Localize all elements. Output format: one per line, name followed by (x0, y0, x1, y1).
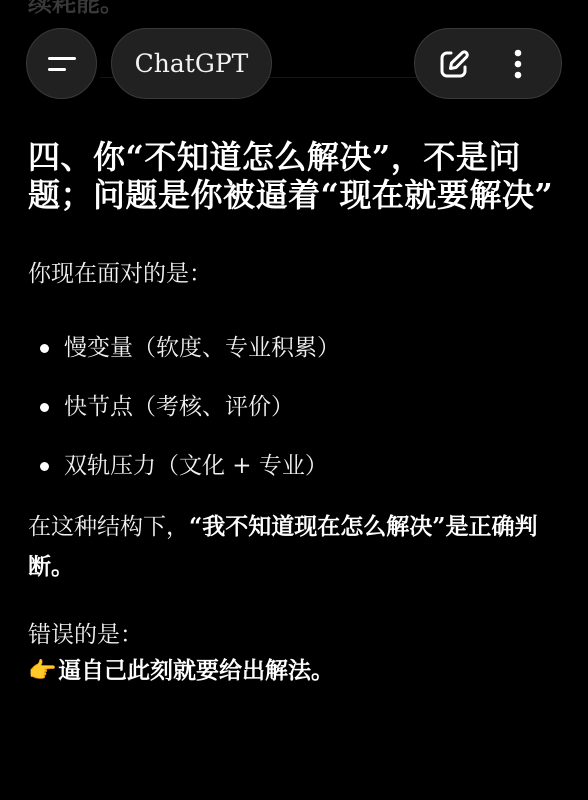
bullet-icon (40, 403, 49, 412)
app-title: ChatGPT (135, 49, 249, 78)
bullet-icon (40, 462, 49, 471)
structure-prefix: 在这种结构下， (28, 514, 189, 540)
compose-icon (438, 48, 470, 80)
new-chat-button[interactable] (437, 47, 471, 81)
vertical-ellipsis-icon (512, 48, 524, 80)
list-item: 双轨压力（文化 + 专业） (28, 448, 568, 484)
list-item-text: 快节点（考核、评价） (64, 394, 294, 420)
bullet-list: 慢变量（软度、专业积累） 快节点（考核、评价） 双轨压力（文化 + 专业） (28, 330, 568, 484)
section-heading: 四、你“不知道怎么解决”，不是问题；问题是你被逼着“现在就要解决” (28, 138, 568, 214)
list-item-text: 慢变量（软度、专业积累） (64, 335, 340, 361)
bullet-icon (40, 344, 49, 353)
structure-paragraph: 在这种结构下，“我不知道现在怎么解决”是正确判断。 (28, 507, 568, 587)
header-actions-group (414, 28, 562, 99)
model-selector-button[interactable]: ChatGPT (111, 28, 272, 99)
list-item: 慢变量（软度、专业积累） (28, 330, 568, 366)
list-item: 快节点（考核、评价） (28, 389, 568, 425)
sidebar-menu-button[interactable] (26, 28, 97, 99)
intro-text: 你现在面对的是： (28, 256, 568, 292)
wrong-label: 错误的是： (28, 617, 568, 653)
pointing-hand-icon: 👉 (28, 653, 58, 689)
wrong-statement: 👉逼自己此刻就要给出解法。 (28, 653, 568, 689)
hamburger-menu-icon (48, 55, 76, 73)
assistant-message: 四、你“不知道怎么解决”，不是问题；问题是你被逼着“现在就要解决” 你现在面对的… (28, 138, 568, 689)
more-options-button[interactable] (501, 47, 535, 81)
top-app-bar: ChatGPT (0, 0, 588, 110)
list-item-text: 双轨压力（文化 + 专业） (64, 453, 328, 479)
wrong-statement-text: 逼自己此刻就要给出解法。 (58, 657, 334, 684)
